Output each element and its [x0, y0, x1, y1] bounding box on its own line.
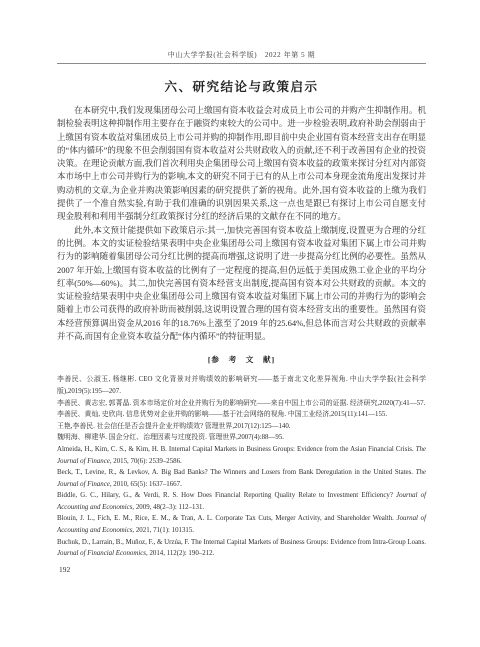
reference-text: , 2009, 48(2–3): 112–131.: [132, 504, 204, 511]
reference-text: , 2021, 71(1): 101315.: [132, 527, 194, 534]
running-head: 中山大学学报(社会科学版) 2022 年第 5 期: [57, 50, 426, 60]
reference-item: 李善民、黄志宏, 郭菁晶. 资本市场定价对企业并购行为的影响研究——来自中国上市…: [57, 398, 426, 410]
reference-journal-name: Journal of Financial Economics: [57, 550, 146, 557]
body-paragraph-2: 此外,本文预计能提供如下政策启示:其一,加快完善国有资本收益上缴制度,设置更为合…: [57, 224, 426, 344]
reference-text: Almeida, H., Kim, C. S., & Kim, H. B. In…: [57, 446, 416, 453]
reference-text: 魏明海、柳建华. 国企分红、治理因素与过度投资. 管理世界,2007(4):88…: [57, 434, 284, 441]
reference-item: Blouin, J. L., Fich, E. M., Rice, E. M.,…: [57, 513, 426, 536]
reference-text: Biddle, G. C., Hilary, G., & Verdi, R. S…: [57, 492, 396, 499]
reference-item: Buchuk, D., Larrain, B., Muñoz, F., & Ur…: [57, 537, 426, 560]
reference-text: Beck, T., Levine, R., & Levkov, A. Big B…: [57, 469, 416, 476]
reference-item: 李善民、公淑玉, 杨继彬. CEO 文化背景对并购绩效的影响研究——基于南北文化…: [57, 374, 426, 397]
header-rule: [57, 63, 426, 64]
reference-text: Blouin, J. L., Fich, E. M., Rice, E. M.,…: [57, 515, 397, 522]
reference-text: Buchuk, D., Larrain, B., Muñoz, F., & Ur…: [57, 539, 426, 546]
reference-item: 李善民、黄灿, 史欣向. 信息优势对企业并购的影响——基于社会网络的视角. 中国…: [57, 409, 426, 421]
reference-item: Beck, T., Levine, R., & Levkov, A. Big B…: [57, 467, 426, 490]
reference-text: 李善民、黄灿, 史欣向. 信息优势对企业并购的影响——基于社会网络的视角. 中国…: [57, 411, 387, 418]
reference-text: 王艳,李善民. 社会信任是否会提升企业并购绩效? 管理世界,2017(12):1…: [57, 423, 291, 430]
reference-text: , 2014, 112(2): 190–212.: [146, 550, 214, 557]
reference-item: 王艳,李善民. 社会信任是否会提升企业并购绩效? 管理世界,2017(12):1…: [57, 421, 426, 433]
body-paragraph-1: 在本研究中,我们发现集团母公司上缴国有资本收益会对成员上市公司的并购产生抑制作用…: [57, 104, 426, 224]
reference-text: , 2015, 70(6): 2539–2586.: [110, 458, 182, 465]
page-number: 192: [57, 565, 426, 574]
reference-item: Biddle, G. C., Hilary, G., & Verdi, R. S…: [57, 490, 426, 513]
references-header: [参 考 文 献]: [57, 354, 426, 365]
references-list: 李善民、公淑玉, 杨继彬. CEO 文化背景对并购绩效的影响研究——基于南北文化…: [57, 374, 426, 560]
journal-page: 中山大学学报(社会科学版) 2022 年第 5 期 六、研究结论与政策启示 在本…: [0, 0, 480, 647]
reference-item: 魏明海、柳建华. 国企分红、治理因素与过度投资. 管理世界,2007(4):88…: [57, 432, 426, 444]
reference-text: 李善民、黄志宏, 郭菁晶. 资本市场定价对企业并购行为的影响研究——来自中国上市…: [57, 400, 425, 407]
reference-item: Almeida, H., Kim, C. S., & Kim, H. B. In…: [57, 444, 426, 467]
section-title: 六、研究结论与政策启示: [57, 77, 426, 95]
reference-text: , 2010, 65(5): 1637–1667.: [110, 481, 182, 488]
reference-text: 李善民、公淑玉, 杨继彬. CEO 文化背景对并购绩效的影响研究——基于南北文化…: [57, 376, 426, 395]
